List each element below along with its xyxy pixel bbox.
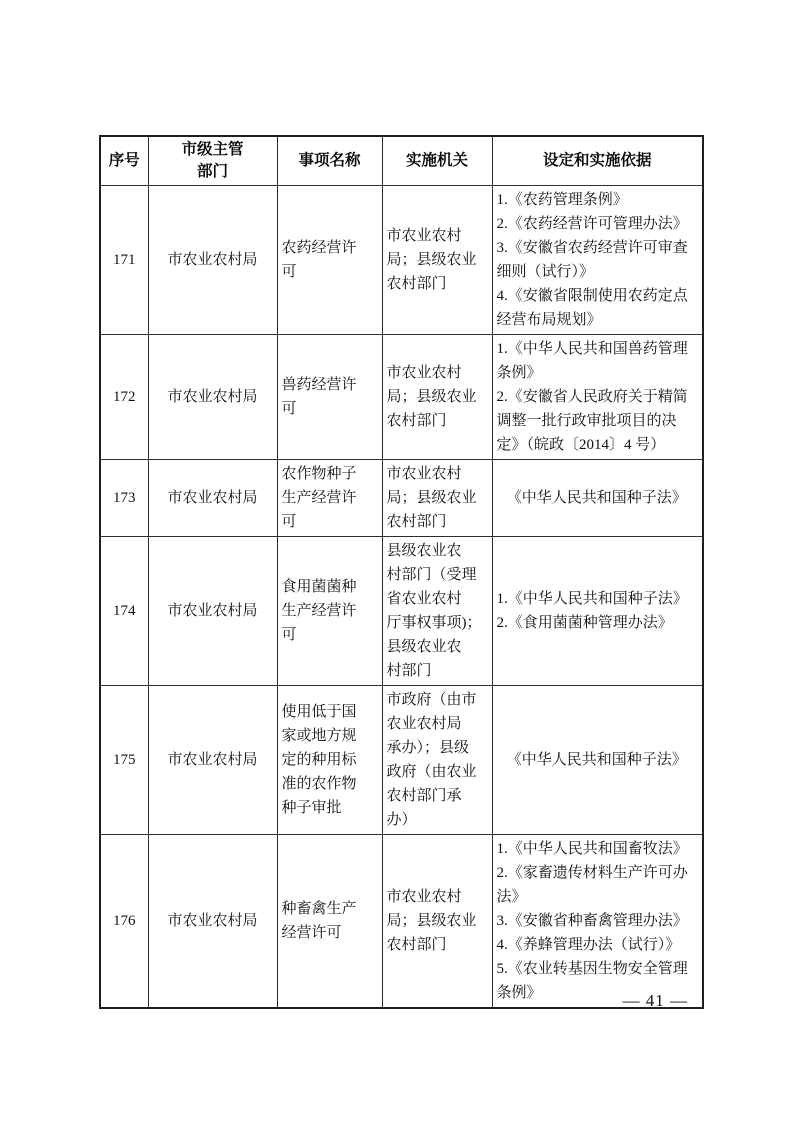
cell-item-name: 种畜禽生产 经营许可 <box>277 835 382 1009</box>
cell-agency: 市政府（由市 农业农村局 承办）；县级 政府（由农业 农村部门承 办） <box>382 686 492 835</box>
cell-serial: 172 <box>100 335 148 460</box>
cell-department: 市农业农村局 <box>148 460 277 537</box>
table-row: 176 市农业农村局 种畜禽生产 经营许可 市农业农村 局；县级农业 农村部门 … <box>100 835 703 1009</box>
cell-basis: 1.《中华人民共和国种子法》 2.《食用菌菌种管理办法》 <box>492 537 703 686</box>
col-header-serial: 序号 <box>100 136 148 186</box>
page-number: — 41 — <box>623 991 689 1011</box>
table-row: 172 市农业农村局 兽药经营许 可 市农业农村 局；县级农业 农村部门 1.《… <box>100 335 703 460</box>
col-header-department: 市级主管 部门 <box>148 136 277 186</box>
cell-basis: 1.《中华人民共和国兽药管理 条例》 2.《安徽省人民政府关于精简 调整一批行政… <box>492 335 703 460</box>
cell-basis: 1.《农药管理条例》 2.《农药经营许可管理办法》 3.《安徽省农药经营许可审查… <box>492 186 703 335</box>
cell-item-name: 农作物种子 生产经营许 可 <box>277 460 382 537</box>
cell-department: 市农业农村局 <box>148 686 277 835</box>
cell-item-name: 兽药经营许 可 <box>277 335 382 460</box>
cell-serial: 174 <box>100 537 148 686</box>
cell-department: 市农业农村局 <box>148 186 277 335</box>
cell-agency: 市农业农村 局；县级农业 农村部门 <box>382 335 492 460</box>
document-page: 序号 市级主管 部门 事项名称 实施机关 设定和实施依据 171 市农业农村局 … <box>0 0 793 1122</box>
cell-agency: 市农业农村 局；县级农业 农村部门 <box>382 835 492 1009</box>
cell-serial: 173 <box>100 460 148 537</box>
cell-basis: 1.《中华人民共和国畜牧法》 2.《家畜遗传材料生产许可办 法》 3.《安徽省种… <box>492 835 703 1009</box>
cell-item-name: 食用菌菌种 生产经营许 可 <box>277 537 382 686</box>
cell-agency: 县级农业农 村部门（受理 省农业农村 厅事权事项)； 县级农业农 村部门 <box>382 537 492 686</box>
cell-serial: 176 <box>100 835 148 1009</box>
table-row: 173 市农业农村局 农作物种子 生产经营许 可 市农业农村 局；县级农业 农村… <box>100 460 703 537</box>
cell-department: 市农业农村局 <box>148 537 277 686</box>
table-header-row: 序号 市级主管 部门 事项名称 实施机关 设定和实施依据 <box>100 136 703 186</box>
table-row: 174 市农业农村局 食用菌菌种 生产经营许 可 县级农业农 村部门（受理 省农… <box>100 537 703 686</box>
cell-department: 市农业农村局 <box>148 835 277 1009</box>
cell-department: 市农业农村局 <box>148 335 277 460</box>
cell-item-name: 农药经营许 可 <box>277 186 382 335</box>
cell-basis: 《中华人民共和国种子法》 <box>492 460 703 537</box>
table-row: 171 市农业农村局 农药经营许 可 市农业农村 局；县级农业 农村部门 1.《… <box>100 186 703 335</box>
col-header-agency: 实施机关 <box>382 136 492 186</box>
table-row: 175 市农业农村局 使用低于国 家或地方规 定的种用标 准的农作物 种子审批 … <box>100 686 703 835</box>
cell-serial: 171 <box>100 186 148 335</box>
cell-basis: 《中华人民共和国种子法》 <box>492 686 703 835</box>
approval-items-table: 序号 市级主管 部门 事项名称 实施机关 设定和实施依据 171 市农业农村局 … <box>99 135 704 1009</box>
cell-agency: 市农业农村 局；县级农业 农村部门 <box>382 186 492 335</box>
cell-serial: 175 <box>100 686 148 835</box>
col-header-basis: 设定和实施依据 <box>492 136 703 186</box>
cell-item-name: 使用低于国 家或地方规 定的种用标 准的农作物 种子审批 <box>277 686 382 835</box>
col-header-item-name: 事项名称 <box>277 136 382 186</box>
cell-agency: 市农业农村 局；县级农业 农村部门 <box>382 460 492 537</box>
